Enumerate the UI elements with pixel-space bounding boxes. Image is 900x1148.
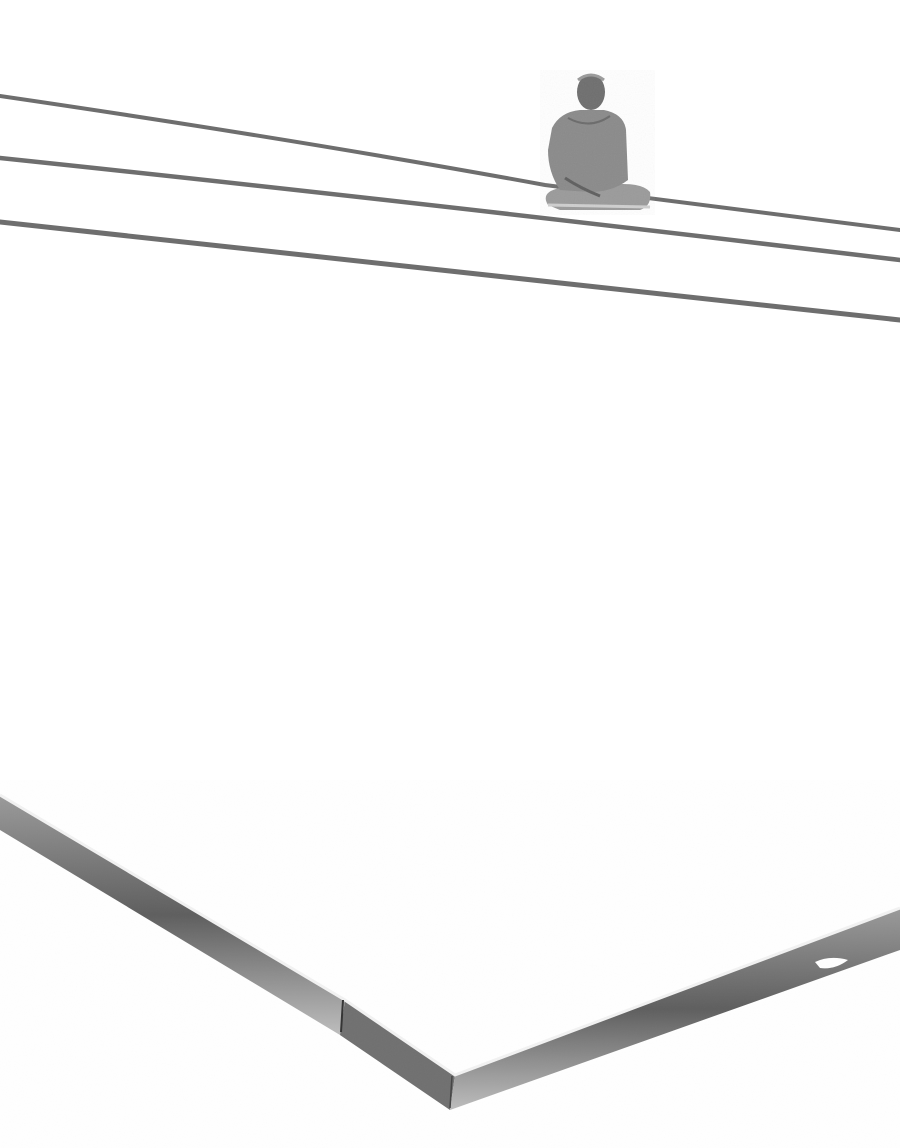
- photo-canvas: [0, 0, 900, 1148]
- photo-scene: [0, 0, 900, 1148]
- seated-statue: [540, 70, 655, 215]
- snow-slab-corner: [0, 780, 900, 1148]
